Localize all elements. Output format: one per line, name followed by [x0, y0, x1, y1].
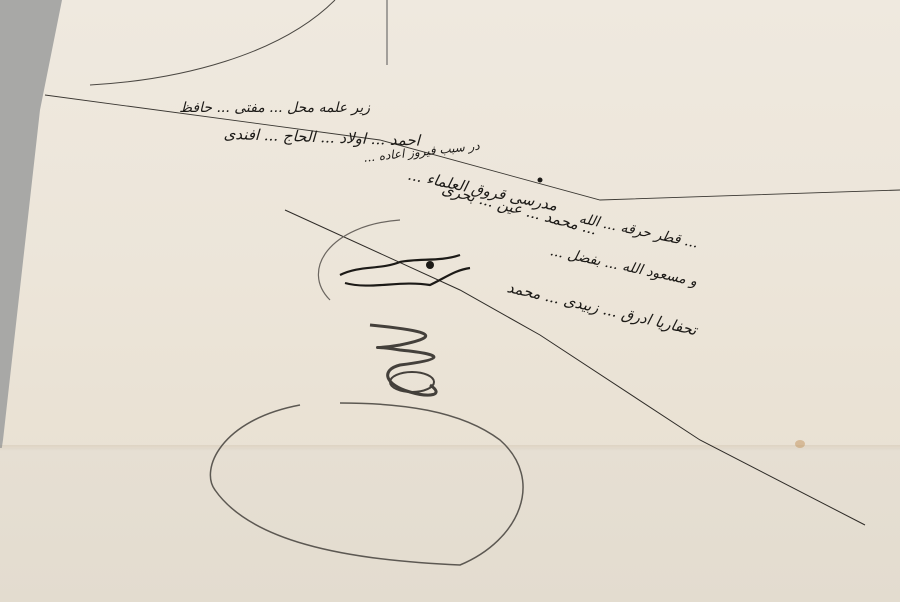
- tughra-loop: [390, 372, 434, 392]
- ink-dot: [538, 178, 543, 183]
- document-photo: زیر علمه محل ... مفتی ... حافظ احمد ... …: [0, 0, 900, 602]
- ink-drawing: [0, 0, 900, 602]
- script-line-1: زیر علمه محل ... مفتی ... حافظ: [40, 100, 370, 116]
- tughra-flourish: [370, 325, 436, 395]
- bottom-oval-line: [210, 403, 523, 565]
- signature-oval-upper: [318, 220, 400, 300]
- curved-rule-line: [90, 0, 335, 85]
